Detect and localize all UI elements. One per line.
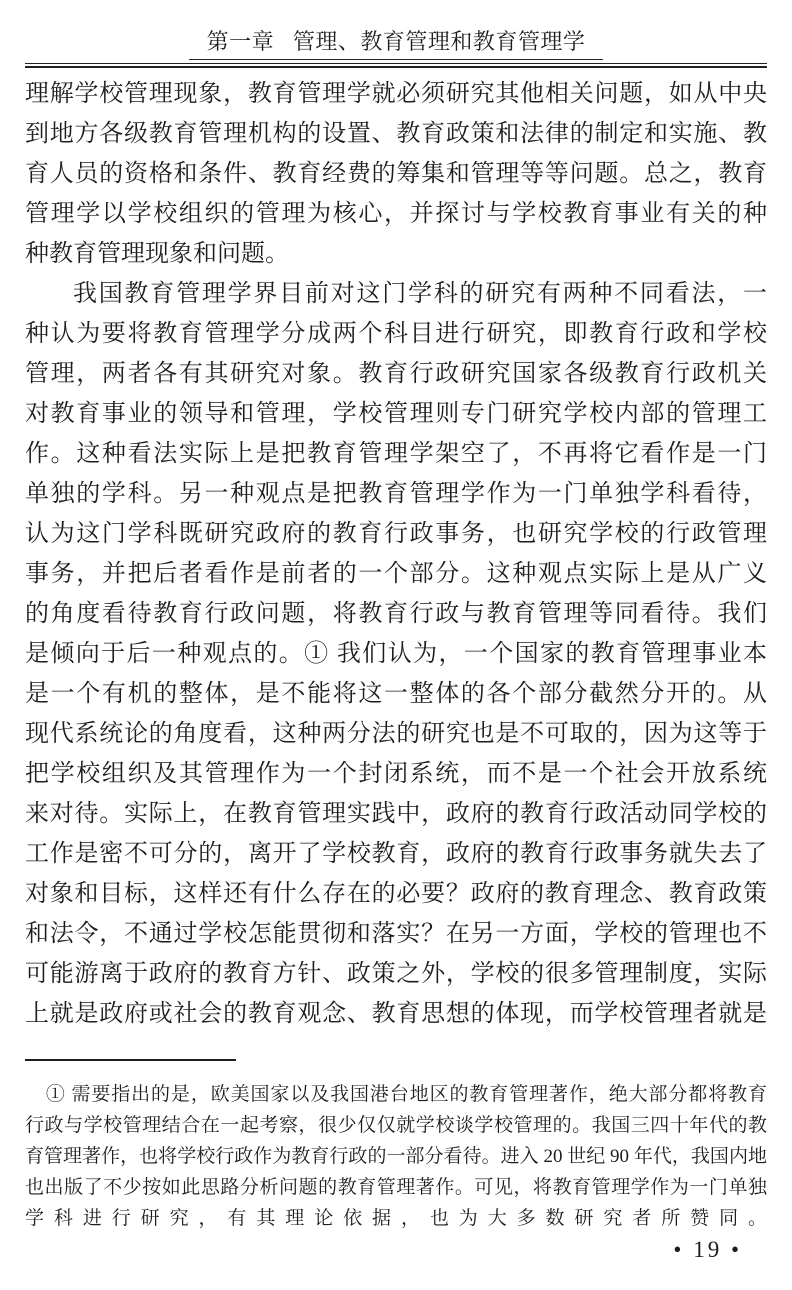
chapter-heading: 第一章管理、教育管理和教育管理学 bbox=[189, 29, 604, 60]
footnote-separator bbox=[25, 1059, 236, 1061]
footnote-text-line: 学科进行研究，有其理论依据，也为大多数研究者所赞同。 bbox=[25, 1203, 767, 1234]
main-text-block: 理解学校管理现象，教育管理学就必须研究其他相关问题，如从中央到地方各级教育管理机… bbox=[25, 74, 767, 1034]
body-text-line: 对教育事业的领导和管理，学校管理则专门研究学校内部的管理工 bbox=[25, 394, 767, 434]
body-text-line: 育人员的资格和条件、教育经费的筹集和管理等等问题。总之，教育 bbox=[25, 154, 767, 194]
header-double-rule bbox=[25, 63, 767, 68]
chapter-label: 第一章 bbox=[207, 29, 275, 54]
body-text-line: 作。这种看法实际上是把教育管理学架空了，不再将它看作是一门 bbox=[25, 434, 767, 474]
body-text-line: 事务，并把后者看作是前者的一个部分。这种观点实际上是从广义 bbox=[25, 554, 767, 594]
body-text-line: 对象和目标，这样还有什么存在的必要？政府的教育理念、教育政策 bbox=[25, 874, 767, 914]
chapter-title: 管理、教育管理和教育管理学 bbox=[293, 29, 586, 54]
footnote-text-line: 行政与学校管理结合在一起考察，很少仅仅就学校谈学校管理的。我国三四十年代的教 bbox=[25, 1110, 767, 1141]
running-head: 第一章管理、教育管理和教育管理学 bbox=[0, 0, 792, 68]
body-text-line: 的角度看待教育行政问题，将教育行政与教育管理等同看待。我们 bbox=[25, 594, 767, 634]
body-text-line: 可能游离于政府的教育方针、政策之外，学校的很多管理制度，实际 bbox=[25, 954, 767, 994]
body-text-line: 认为这门学科既研究政府的教育行政事务，也研究学校的行政管理 bbox=[25, 514, 767, 554]
body-text-line: 管理，两者各有其研究对象。教育行政研究国家各级教育行政机关 bbox=[25, 354, 767, 394]
book-page: 第一章管理、教育管理和教育管理学 理解学校管理现象，教育管理学就必须研究其他相关… bbox=[0, 0, 792, 1290]
body-text-line: 我国教育管理学界目前对这门学科的研究有两种不同看法，一 bbox=[25, 274, 767, 314]
body-text-line: 单独的学科。另一种观点是把教育管理学作为一门单独学科看待， bbox=[25, 474, 767, 514]
footnote-block: ① 需要指出的是，欧美国家以及我国港台地区的教育管理著作，绝大部分都将教育行政与… bbox=[25, 1079, 767, 1234]
body-text-line: 工作是密不可分的，离开了学校教育，政府的教育行政事务就失去了 bbox=[25, 834, 767, 874]
body-text-line: 现代系统论的角度看，这种两分法的研究也是不可取的，因为这等于 bbox=[25, 714, 767, 754]
body-text-line: 理解学校管理现象，教育管理学就必须研究其他相关问题，如从中央 bbox=[25, 74, 767, 114]
body-text-line: 上就是政府或社会的教育观念、教育思想的体现，而学校管理者就是 bbox=[25, 994, 767, 1034]
footnote-text-line: 也出版了不少按如此思路分析问题的教育管理著作。可见，将教育管理学作为一门单独 bbox=[25, 1172, 767, 1203]
body-text-line: 种认为要将教育管理学分成两个科目进行研究，即教育行政和学校 bbox=[25, 314, 767, 354]
footnote-text-line: 育管理著作，也将学校行政作为教育行政的一部分看待。进入 20 世纪 90 年代，… bbox=[25, 1141, 767, 1172]
body-text-line: 来对待。实际上，在教育管理实践中，政府的教育行政活动同学校的 bbox=[25, 794, 767, 834]
body-text-line: 管理学以学校组织的管理为核心，并探讨与学校教育事业有关的种 bbox=[25, 194, 767, 234]
page-number: • 19 • bbox=[673, 1237, 742, 1263]
body-text-line: 是一个有机的整体，是不能将这一整体的各个部分截然分开的。从 bbox=[25, 674, 767, 714]
body-text-line: 到地方各级教育管理机构的设置、教育政策和法律的制定和实施、教 bbox=[25, 114, 767, 154]
body-text-line: 是倾向于后一种观点的。① 我们认为，一个国家的教育管理事业本 bbox=[25, 634, 767, 674]
body-text-line: 种教育管理现象和问题。 bbox=[25, 234, 767, 274]
body-text-line: 把学校组织及其管理作为一个封闭系统，而不是一个社会开放系统 bbox=[25, 754, 767, 794]
body-text-line: 和法令，不通过学校怎能贯彻和落实？在另一方面，学校的管理也不 bbox=[25, 914, 767, 954]
footnote-text-line: ① 需要指出的是，欧美国家以及我国港台地区的教育管理著作，绝大部分都将教育 bbox=[25, 1079, 767, 1110]
